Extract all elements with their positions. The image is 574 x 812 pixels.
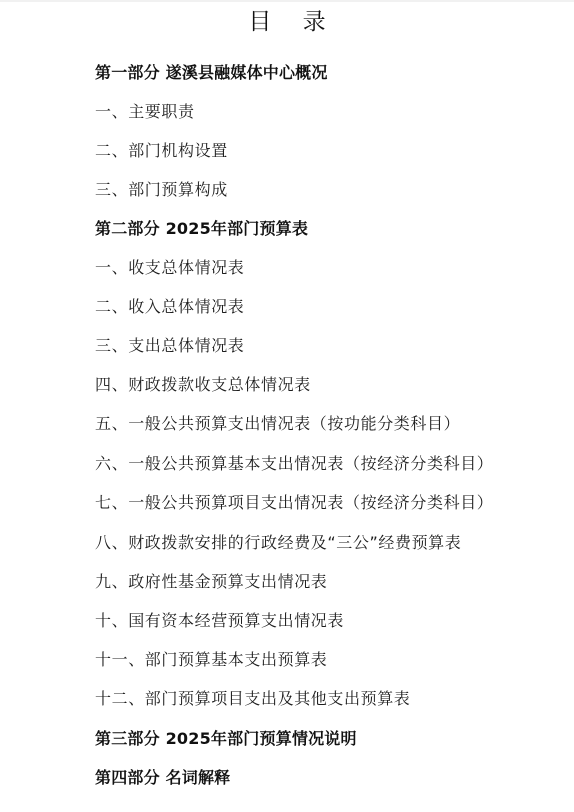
toc-item-table-11[interactable]: 十一、部门预算基本支出预算表 <box>95 649 327 671</box>
toc-item-table-12[interactable]: 十二、部门预算项目支出及其他支出预算表 <box>95 688 410 710</box>
page-top-edge <box>0 0 574 2</box>
toc-part-1[interactable]: 第一部分 遂溪县融媒体中心概况 <box>95 62 328 84</box>
page-title: 目 录 <box>0 6 574 38</box>
toc-item-table-5[interactable]: 五、一般公共预算支出情况表（按功能分类科目） <box>95 413 460 435</box>
toc-part-4[interactable]: 第四部分 名词解释 <box>95 767 230 789</box>
toc-item-main-duties[interactable]: 一、主要职责 <box>95 101 195 123</box>
toc-item-table-9[interactable]: 九、政府性基金预算支出情况表 <box>95 571 327 593</box>
toc-part-3[interactable]: 第三部分 2025年部门预算情况说明 <box>95 728 357 750</box>
toc-item-table-2[interactable]: 二、收入总体情况表 <box>95 296 244 318</box>
toc-item-table-4[interactable]: 四、财政拨款收支总体情况表 <box>95 374 311 396</box>
toc-item-table-7[interactable]: 七、一般公共预算项目支出情况表（按经济分类科目） <box>95 492 493 514</box>
toc-item-table-1[interactable]: 一、收支总体情况表 <box>95 257 244 279</box>
toc-item-table-10[interactable]: 十、国有资本经营预算支出情况表 <box>95 610 344 632</box>
toc-item-table-3[interactable]: 三、支出总体情况表 <box>95 335 244 357</box>
toc-part-2[interactable]: 第二部分 2025年部门预算表 <box>95 218 308 240</box>
toc-item-table-6[interactable]: 六、一般公共预算基本支出情况表（按经济分类科目） <box>95 453 493 475</box>
toc-item-org-setup[interactable]: 二、部门机构设置 <box>95 140 228 162</box>
toc-item-table-8[interactable]: 八、财政拨款安排的行政经费及“三公”经费预算表 <box>95 532 461 554</box>
toc-item-budget-composition[interactable]: 三、部门预算构成 <box>95 179 228 201</box>
